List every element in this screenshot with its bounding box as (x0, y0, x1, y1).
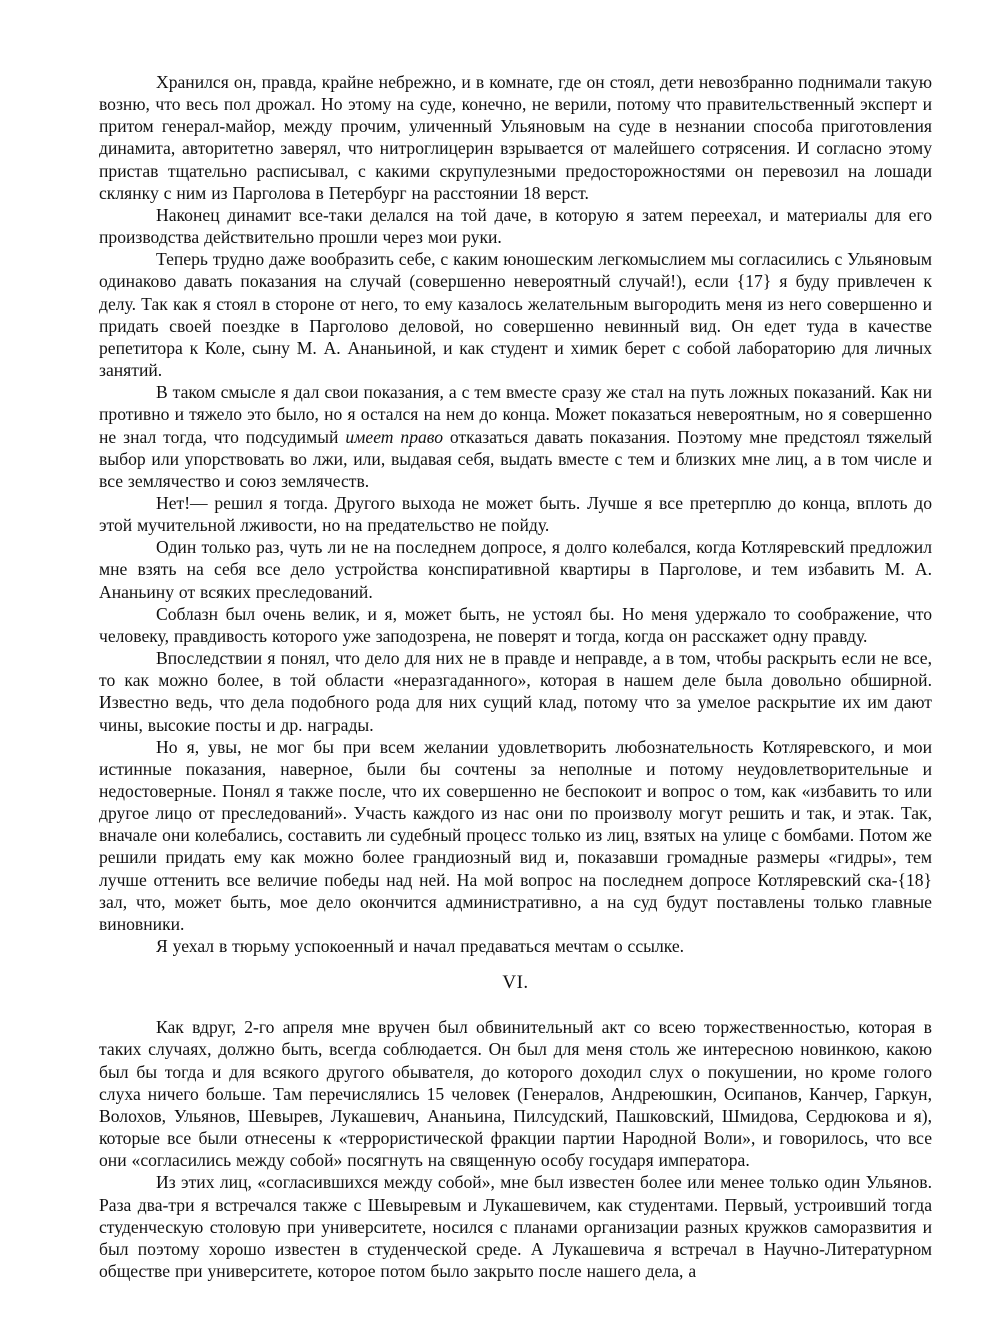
paragraph: Из этих лиц, «согласившихся между собой»… (99, 1171, 932, 1282)
paragraph: Хранился он, правда, крайне небрежно, и … (99, 71, 932, 204)
paragraph: Как вдруг, 2-го апреля мне вручен был об… (99, 1016, 932, 1171)
paragraph: Но я, увы, не мог бы при всем желании уд… (99, 736, 932, 935)
paragraph: Наконец динамит все-таки делался на той … (99, 204, 932, 248)
paragraph: Нет!— решил я тогда. Другого выхода не м… (99, 492, 932, 536)
paragraph: Один только раз, чуть ли не на последнем… (99, 536, 932, 602)
paragraph: Впоследствии я понял, что дело для них н… (99, 647, 932, 736)
paragraph: Я уехал в тюрьму успокоенный и начал пре… (99, 935, 932, 957)
italic-phrase: имеет право (345, 427, 443, 447)
section-heading: VI. (99, 972, 932, 994)
paragraph: Соблазн был очень велик, и я, может быть… (99, 603, 932, 647)
paragraph: Теперь трудно даже вообразить себе, с ка… (99, 248, 932, 381)
document-page: Хранился он, правда, крайне небрежно, и … (0, 0, 1000, 1333)
paragraph: В таком смысле я дал свои показания, а с… (99, 381, 932, 492)
